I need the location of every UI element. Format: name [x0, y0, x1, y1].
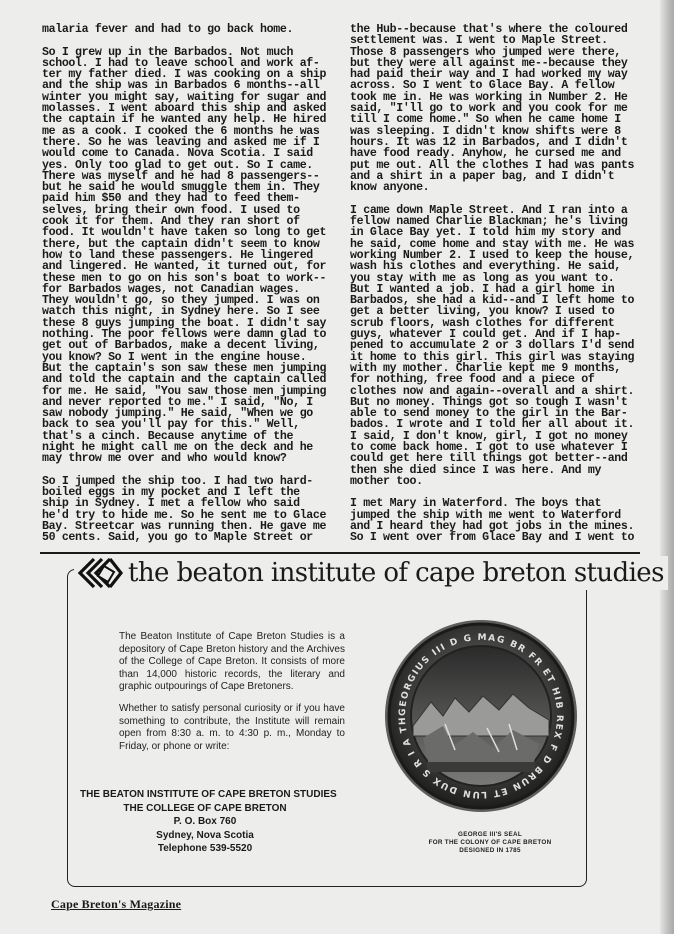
caption-date: DESIGNED IN 1785 [400, 847, 580, 855]
ad-description: The Beaton Institute of Cape Breton Stud… [119, 631, 345, 762]
address-city: Sydney, Nova Scotia [80, 829, 330, 843]
publication-footer: Cape Breton's Magazine [51, 897, 181, 912]
address-po-box: P. O. Box 760 [80, 815, 330, 829]
address-institute: THE BEATON INSTITUTE OF CAPE BRETON STUD… [80, 788, 330, 802]
article-paragraph: So I grew up in the Barbados. Not much s… [42, 47, 334, 465]
ad-paragraph: The Beaton Institute of Cape Breton Stud… [119, 631, 345, 694]
seal-medallion-icon: GEORGIUS III D G MAG BR FR ET HIB REX F … [383, 616, 579, 816]
ad-header: the beaton institute of cape breton stud… [74, 556, 668, 590]
article-paragraph: I came down Maple Street. And I ran into… [350, 205, 650, 487]
article-paragraph: So I jumped the ship too. I had two hard… [42, 476, 334, 544]
article-column-right: the Hub--because that's where the colour… [350, 24, 650, 555]
address-telephone: Telephone 539-5520 [80, 842, 330, 856]
chevron-stack-logo-icon [74, 556, 124, 590]
page-edge-shadow [660, 0, 674, 934]
article-paragraph: malaria fever and had to go back home. [42, 24, 334, 35]
address-college: THE COLLEGE OF CAPE BRETON [80, 802, 330, 816]
article-column-left: malaria fever and had to go back home. S… [42, 24, 334, 555]
seal-caption: GEORGE III'S SEAL FOR THE COLONY OF CAPE… [400, 831, 580, 855]
caption-subtitle: FOR THE COLONY OF CAPE BRETON [400, 839, 580, 847]
section-divider [40, 552, 640, 554]
article-paragraph: I met Mary in Waterford. The boys that j… [350, 498, 650, 543]
caption-title: GEORGE III'S SEAL [400, 831, 580, 839]
ad-title: the beaton institute of cape breton stud… [128, 558, 664, 588]
contact-address: THE BEATON INSTITUTE OF CAPE BRETON STUD… [80, 788, 330, 856]
article-paragraph: the Hub--because that's where the colour… [350, 24, 650, 193]
ad-paragraph: Whether to satisfy personal curiosity or… [119, 703, 345, 753]
